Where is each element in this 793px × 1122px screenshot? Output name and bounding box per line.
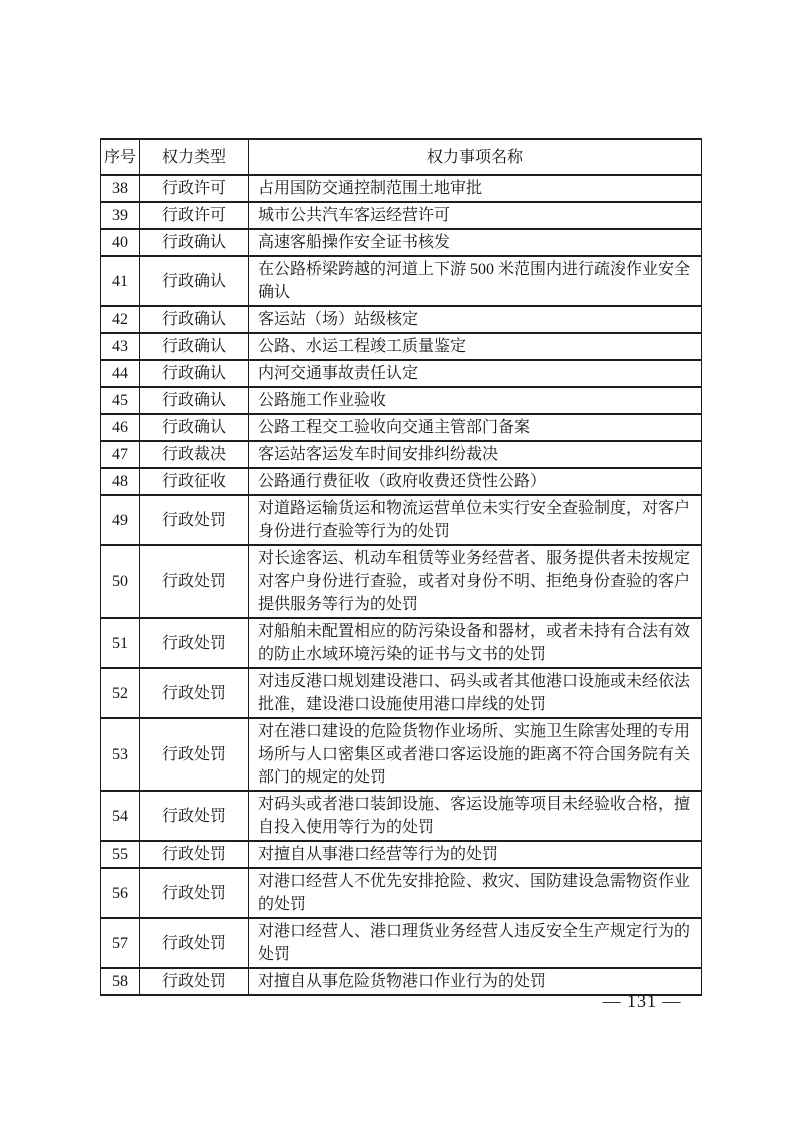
cell-serial-number: 50 [101, 545, 140, 618]
cell-power-item-name: 对在港口建设的危险货物作业场所、实施卫生除害处理的专用场所与人口密集区或者港口客… [249, 718, 702, 791]
cell-power-type: 行政确认 [140, 306, 249, 333]
cell-power-type: 行政许可 [140, 175, 249, 202]
table-row: 38行政许可占用国防交通控制范围土地审批 [101, 175, 702, 202]
cell-power-item-name: 公路、水运工程竣工质量鉴定 [249, 333, 702, 360]
cell-power-item-name: 对船舶未配置相应的防污染设备和器材，或者未持有合法有效的防止水域环境污染的证书与… [249, 618, 702, 668]
cell-serial-number: 58 [101, 968, 140, 995]
cell-power-type: 行政确认 [140, 414, 249, 441]
cell-serial-number: 49 [101, 495, 140, 545]
table-row: 40行政确认高速客船操作安全证书核发 [101, 229, 702, 256]
table-row: 50行政处罚对长途客运、机动车租赁等业务经营者、服务提供者未按规定对客户身份进行… [101, 545, 702, 618]
header-power-item-name: 权力事项名称 [249, 139, 702, 175]
cell-power-type: 行政处罚 [140, 495, 249, 545]
cell-power-item-name: 内河交通事故责任认定 [249, 360, 702, 387]
header-power-type: 权力类型 [140, 139, 249, 175]
table-row: 47行政裁决客运站客运发车时间安排纠纷裁决 [101, 441, 702, 468]
cell-power-item-name: 公路施工作业验收 [249, 387, 702, 414]
cell-power-type: 行政征收 [140, 468, 249, 495]
cell-serial-number: 42 [101, 306, 140, 333]
table-row: 45行政确认公路施工作业验收 [101, 387, 702, 414]
table-row: 42行政确认客运站（场）站级核定 [101, 306, 702, 333]
cell-serial-number: 53 [101, 718, 140, 791]
table-row: 43行政确认公路、水运工程竣工质量鉴定 [101, 333, 702, 360]
cell-serial-number: 48 [101, 468, 140, 495]
cell-serial-number: 56 [101, 868, 140, 918]
cell-power-type: 行政处罚 [140, 868, 249, 918]
cell-serial-number: 54 [101, 791, 140, 841]
document-page: 序号 权力类型 权力事项名称 38行政许可占用国防交通控制范围土地审批39行政许… [0, 0, 793, 1122]
cell-serial-number: 55 [101, 841, 140, 868]
table-row: 46行政确认公路工程交工验收向交通主管部门备案 [101, 414, 702, 441]
cell-power-type: 行政处罚 [140, 841, 249, 868]
cell-power-item-name: 公路工程交工验收向交通主管部门备案 [249, 414, 702, 441]
cell-power-item-name: 对擅自从事港口经营等行为的处罚 [249, 841, 702, 868]
cell-power-item-name: 客运站（场）站级核定 [249, 306, 702, 333]
cell-serial-number: 40 [101, 229, 140, 256]
cell-power-item-name: 对港口经营人不优先安排抢险、救灾、国防建设急需物资作业的处罚 [249, 868, 702, 918]
cell-serial-number: 43 [101, 333, 140, 360]
cell-power-item-name: 对长途客运、机动车租赁等业务经营者、服务提供者未按规定对客户身份进行查验，或者对… [249, 545, 702, 618]
table-row: 55行政处罚对擅自从事港口经营等行为的处罚 [101, 841, 702, 868]
cell-power-type: 行政确认 [140, 387, 249, 414]
cell-serial-number: 52 [101, 668, 140, 718]
table-row: 48行政征收公路通行费征收（政府收费还贷性公路） [101, 468, 702, 495]
table-row: 56行政处罚对港口经营人不优先安排抢险、救灾、国防建设急需物资作业的处罚 [101, 868, 702, 918]
cell-power-item-name: 在公路桥梁跨越的河道上下游 500 米范围内进行疏浚作业安全确认 [249, 256, 702, 306]
cell-power-type: 行政确认 [140, 256, 249, 306]
cell-power-type: 行政确认 [140, 229, 249, 256]
table-body: 38行政许可占用国防交通控制范围土地审批39行政许可城市公共汽车客运经营许可40… [101, 175, 702, 995]
cell-power-item-name: 公路通行费征收（政府收费还贷性公路） [249, 468, 702, 495]
table-row: 51行政处罚对船舶未配置相应的防污染设备和器材，或者未持有合法有效的防止水域环境… [101, 618, 702, 668]
table-header-row: 序号 权力类型 权力事项名称 [101, 139, 702, 175]
cell-power-type: 行政处罚 [140, 668, 249, 718]
cell-power-type: 行政处罚 [140, 791, 249, 841]
cell-power-item-name: 对违反港口规划建设港口、码头或者其他港口设施或未经依法批准，建设港口设施使用港口… [249, 668, 702, 718]
cell-power-type: 行政确认 [140, 360, 249, 387]
table-row: 49行政处罚对道路运输货运和物流运营单位未实行安全查验制度，对客户身份进行查验等… [101, 495, 702, 545]
cell-power-item-name: 高速客船操作安全证书核发 [249, 229, 702, 256]
table-row: 41行政确认在公路桥梁跨越的河道上下游 500 米范围内进行疏浚作业安全确认 [101, 256, 702, 306]
cell-serial-number: 57 [101, 918, 140, 968]
cell-serial-number: 44 [101, 360, 140, 387]
cell-power-type: 行政处罚 [140, 545, 249, 618]
cell-power-type: 行政处罚 [140, 968, 249, 995]
cell-serial-number: 38 [101, 175, 140, 202]
cell-serial-number: 47 [101, 441, 140, 468]
cell-serial-number: 51 [101, 618, 140, 668]
cell-power-type: 行政处罚 [140, 618, 249, 668]
cell-power-item-name: 客运站客运发车时间安排纠纷裁决 [249, 441, 702, 468]
cell-power-type: 行政处罚 [140, 918, 249, 968]
power-items-table: 序号 权力类型 权力事项名称 38行政许可占用国防交通控制范围土地审批39行政许… [100, 138, 702, 996]
cell-power-type: 行政裁决 [140, 441, 249, 468]
cell-power-item-name: 对码头或者港口装卸设施、客运设施等项目未经验收合格，擅自投入使用等行为的处罚 [249, 791, 702, 841]
cell-power-item-name: 对道路运输货运和物流运营单位未实行安全查验制度，对客户身份进行查验等行为的处罚 [249, 495, 702, 545]
table-row: 57行政处罚对港口经营人、港口理货业务经营人违反安全生产规定行为的处罚 [101, 918, 702, 968]
header-serial-number: 序号 [101, 139, 140, 175]
cell-serial-number: 39 [101, 202, 140, 229]
table-head: 序号 权力类型 权力事项名称 [101, 139, 702, 175]
cell-power-item-name: 占用国防交通控制范围土地审批 [249, 175, 702, 202]
table-row: 39行政许可城市公共汽车客运经营许可 [101, 202, 702, 229]
table-row: 44行政确认内河交通事故责任认定 [101, 360, 702, 387]
cell-power-type: 行政确认 [140, 333, 249, 360]
table-row: 52行政处罚对违反港口规划建设港口、码头或者其他港口设施或未经依法批准，建设港口… [101, 668, 702, 718]
cell-serial-number: 46 [101, 414, 140, 441]
cell-power-type: 行政许可 [140, 202, 249, 229]
cell-power-type: 行政处罚 [140, 718, 249, 791]
table-row: 53行政处罚对在港口建设的危险货物作业场所、实施卫生除害处理的专用场所与人口密集… [101, 718, 702, 791]
cell-serial-number: 45 [101, 387, 140, 414]
table-row: 54行政处罚对码头或者港口装卸设施、客运设施等项目未经验收合格，擅自投入使用等行… [101, 791, 702, 841]
page-number: — 131 — [596, 991, 688, 1012]
cell-serial-number: 41 [101, 256, 140, 306]
cell-power-item-name: 城市公共汽车客运经营许可 [249, 202, 702, 229]
cell-power-item-name: 对港口经营人、港口理货业务经营人违反安全生产规定行为的处罚 [249, 918, 702, 968]
